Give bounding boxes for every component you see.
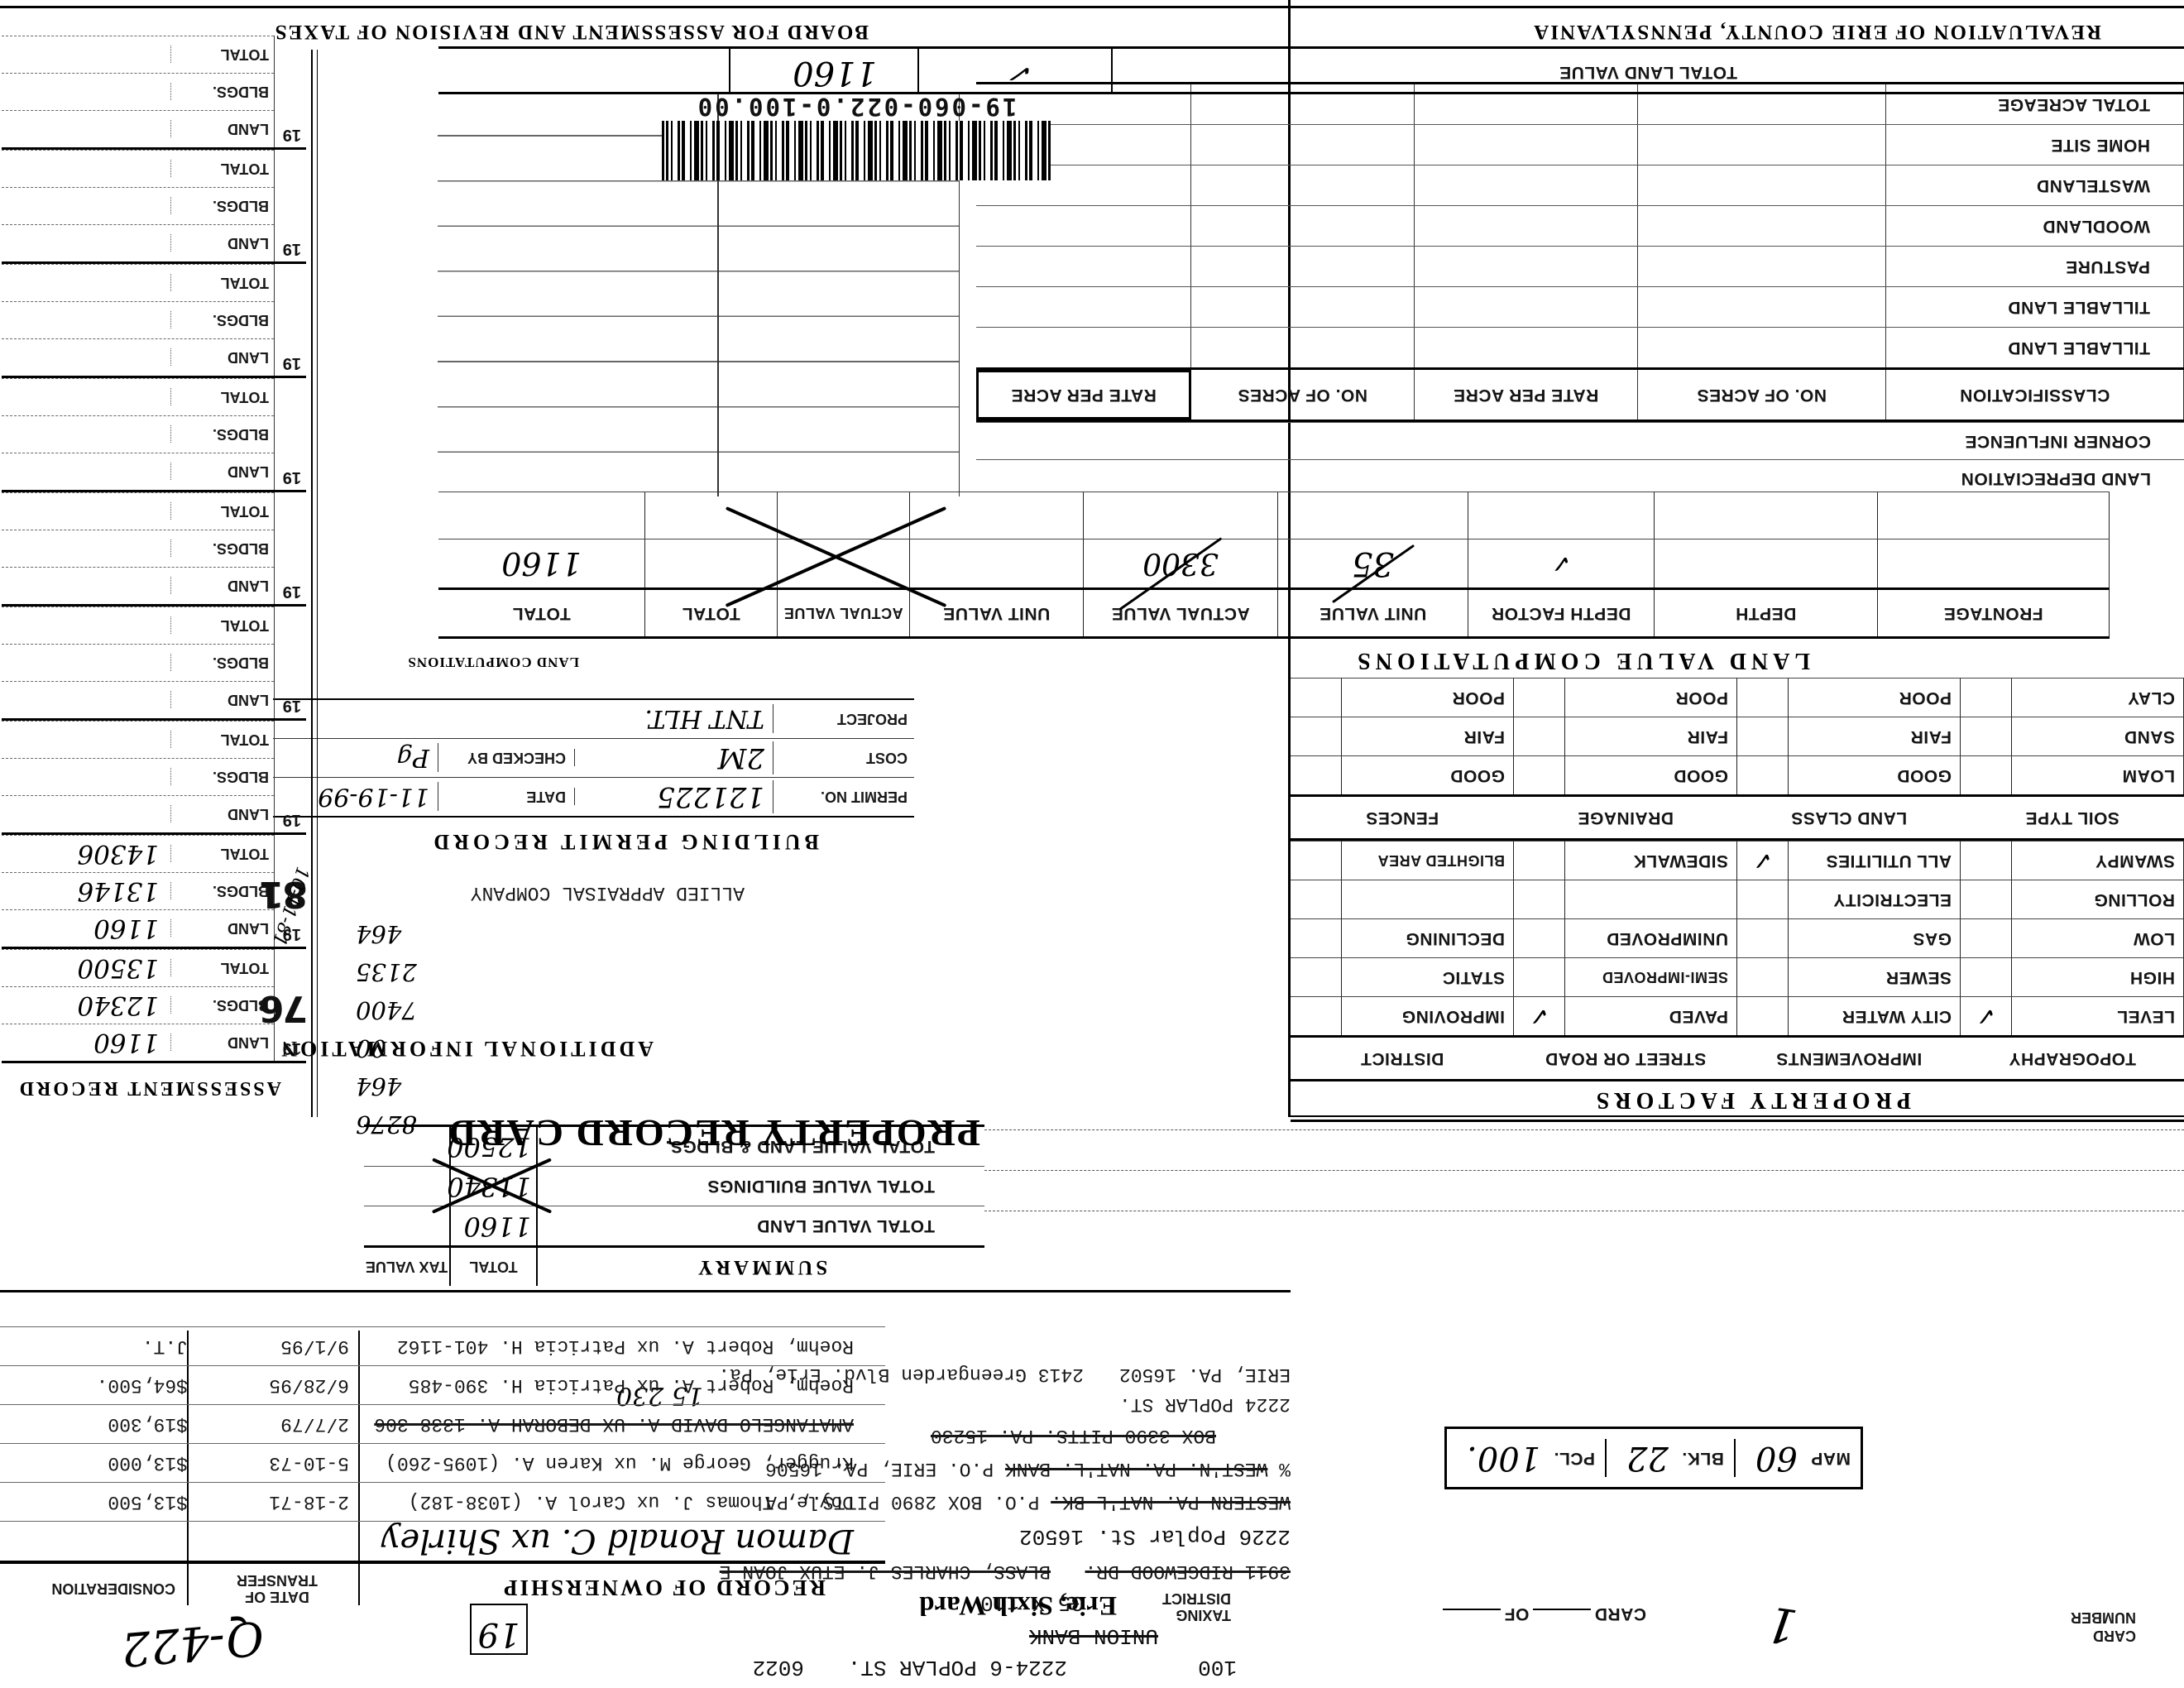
ward-box-value: 19 <box>478 1615 520 1653</box>
owner-name-struck: AMATANGELO DAVID A. UX DEBORAH A. 1338-3… <box>356 1413 885 1435</box>
band-fences: FENCES <box>1366 808 1439 827</box>
taxing-district-label: TAXING DISTRICT <box>1162 1590 1231 1623</box>
bldgs-label: BLDGS. <box>170 997 274 1014</box>
year-prefix: 19 <box>283 239 301 258</box>
band-topography: TOPOGRAPHY <box>2009 1048 2136 1068</box>
col-unit-value-2: UNIT VALUE <box>943 603 1050 623</box>
pf-item: SEMI-IMPROVED <box>1602 969 1728 986</box>
assessment-block-filled: 19 81 10-11-81 LAND1160 BLDGS.13146 TOTA… <box>2 835 306 949</box>
number-label: NUMBER <box>2071 1609 2136 1627</box>
land-label: LAND <box>170 692 274 709</box>
class-row-label: WASTELAND <box>2037 175 2184 195</box>
ownership-title: RECORD OF OWNERSHIP <box>501 1575 826 1600</box>
land-depreciation-label: LAND DEPRECIATION <box>1961 468 2184 488</box>
project-value: TNT HLT. <box>575 705 773 734</box>
consideration-amount: J.T. <box>0 1336 194 1357</box>
total-land-value-label: TOTAL LAND VALUE <box>1559 62 1737 82</box>
rate-per-acre-header: RATE PER ACRE <box>1454 385 1599 405</box>
card-of-card-label: CARD <box>1594 1604 1646 1623</box>
land-label: LAND <box>170 578 274 595</box>
total-label: TOTAL <box>170 846 274 863</box>
year-prefix: 19 <box>283 353 301 372</box>
pf-item: FAIR <box>1463 727 1505 746</box>
assessment-record-title: ASSESSMENT RECORD <box>17 1077 281 1099</box>
year-stamp: 76 <box>261 987 308 1029</box>
land-label: LAND <box>170 235 274 252</box>
year-prefix: 19 <box>283 696 301 715</box>
total-land-value-amount: 1160 <box>793 54 877 92</box>
barcode <box>662 121 1051 180</box>
land-label: LAND <box>170 920 274 938</box>
land-label: LAND <box>170 1034 274 1052</box>
taxing-label-1: TAXING <box>1162 1607 1231 1623</box>
year-prefix: 19 <box>283 582 301 601</box>
ownership-row: Damon Ronald C. ux Shirley <box>0 1521 885 1560</box>
owner-name-handwritten: Damon Ronald C. ux Shirley <box>356 1522 885 1560</box>
account-number: 6022 <box>753 1655 804 1680</box>
pf-item: DECLINING <box>1406 928 1505 948</box>
permit-no-label: PERMIT NO. <box>773 789 914 806</box>
class-row-label: TOTAL ACREAGE <box>1998 94 2183 114</box>
pf-item: ELECTRICITY <box>1833 890 1952 909</box>
total-label: TOTAL <box>170 46 274 64</box>
col-total-2: TOTAL <box>512 603 571 623</box>
rate-per-acre-header-2: RATE PER ACRE <box>1011 385 1157 405</box>
erie-16502: ERIE, PA. 16502 <box>1119 1364 1291 1385</box>
summary-tax-header: TAX VALUE <box>364 1248 451 1286</box>
bldgs-label: BLDGS. <box>170 769 274 786</box>
card-of-of-label: OF <box>1504 1604 1529 1623</box>
bldgs-label: BLDGS. <box>170 540 274 558</box>
classification-header: CLASSIFICATION <box>1960 385 2110 405</box>
pf-item: SAND <box>2124 727 2175 746</box>
assessment-block-empty: 19 LAND BLDGS. TOTAL <box>2 150 306 264</box>
ownership-row: Krugger, George M. ux Karen A. (1095-260… <box>0 1443 885 1482</box>
year-prefix: 19 <box>283 810 301 829</box>
bldgs-label: BLDGS. <box>170 655 274 672</box>
bldgs-value: 12340 <box>2 990 170 1020</box>
pf-item: POOR <box>1899 688 1952 707</box>
bldgs-label: BLDGS. <box>170 312 274 329</box>
card-number-label: CARD NUMBER <box>2071 1609 2136 1645</box>
card-of-line: CARD OF <box>1443 1604 1646 1623</box>
owner-name: Krugger, George M. ux Karen A. (1095-260… <box>356 1452 885 1474</box>
total-value: 13500 <box>2 953 170 983</box>
class-row-label: WOODLAND <box>2043 216 2183 236</box>
zip-16502: 16502 <box>1019 1524 1084 1549</box>
col-actual-value-2: ACTUAL VALUE <box>783 605 903 622</box>
land-value: 1160 <box>2 914 170 943</box>
card-label: CARD <box>2071 1627 2136 1645</box>
land-computations-side-label: LAND COMPUTATIONS <box>407 654 579 670</box>
property-street: 2224-6 POPLAR ST. <box>848 1655 1067 1680</box>
union-bank-struck: UNION BANK <box>1029 1623 1158 1648</box>
pf-item: PAVED <box>1669 1006 1728 1026</box>
date-of-transfer-header: DATE OF TRANSFER <box>207 1572 347 1605</box>
footer-right: BOARD FOR ASSESSMENT AND REVISION OF TAX… <box>274 20 869 43</box>
consideration-amount: $13,500 <box>0 1491 194 1513</box>
col-actual-value: ACTUAL VALUE <box>1111 603 1249 623</box>
project-label: PROJECT <box>773 711 914 728</box>
year-prefix: 19 <box>283 1038 301 1057</box>
summary-continuation-rules <box>984 1127 2184 1251</box>
ownership-row: AMATANGELO DAVID A. UX DEBORAH A. 1338-3… <box>0 1404 885 1443</box>
bldgs-label: BLDGS. <box>170 84 274 101</box>
col-depth: DEPTH <box>1736 603 1797 623</box>
col-depth-factor: DEPTH FACTOR <box>1492 603 1631 623</box>
pf-item: SIDEWALK <box>1633 851 1728 870</box>
hand-number: 2135 <box>356 953 443 991</box>
total-label: TOTAL <box>170 617 274 635</box>
total-land-value-row: TOTAL LAND VALUE ✓ 1160 <box>438 46 2184 94</box>
col-total-1: TOTAL <box>682 603 740 623</box>
transfer-date: 9/1/95 <box>194 1336 356 1357</box>
depth-factor-checkmark: ✓ <box>1550 549 1571 578</box>
col-frontage: FRONTAGE <box>1943 603 2043 623</box>
assessment-block-filled: 19 76 LAND1160 BLDGS.12340 TOTAL13500 <box>2 949 306 1063</box>
hand-number: 464 <box>356 1067 443 1105</box>
class-row-label: TILLABLE LAND <box>2008 297 2183 317</box>
consideration-amount: $64,500. <box>0 1374 194 1396</box>
westn-prefix: % <box>1267 1458 1291 1479</box>
total-value-handwriting: 1160 <box>501 545 582 582</box>
total-land-value-squiggle: ✓ <box>1008 55 1037 92</box>
assessment-block-empty: 19 LAND BLDGS. TOTAL <box>2 607 306 721</box>
corner-influence-label: CORNER INFLUENCE <box>1965 431 2184 451</box>
no-of-acres-header: NO. OF ACRES <box>1697 385 1827 405</box>
script-note: Q-422 <box>119 1610 267 1676</box>
ward-box: 19 <box>470 1604 528 1655</box>
pf-item: STATIC <box>1442 967 1505 987</box>
assessment-block-empty: 19 LAND BLDGS. TOTAL <box>2 492 306 607</box>
land-value-computations-title: LAND VALUE COMPUTATIONS <box>1353 647 1810 674</box>
hand-number: 00 <box>356 1029 443 1067</box>
building-permit-title: BUILDING PERMIT RECORD <box>429 829 819 854</box>
ownership-row: Doyle, Thomas J. ux Carol A. (1038-182) … <box>0 1482 885 1521</box>
footer-left: REVALUATION OF ERIE COUNTY, PENNSYLVANIA <box>1532 20 2101 43</box>
transfer-date: 5-10-73 <box>194 1452 356 1474</box>
summary-total-header: TOTAL <box>451 1248 538 1286</box>
transfer-date: 2-18-71 <box>194 1491 356 1513</box>
owner-name: Doyle, Thomas J. ux Carol A. (1038-182) <box>356 1491 885 1513</box>
pf-checkmark: ✓ <box>1976 1002 1996 1031</box>
bldgs-value: 13146 <box>2 876 170 906</box>
bldgs-label: BLDGS. <box>170 426 274 444</box>
ownership-row: Roehm, Robert A. ux Patricia H. 401-1162… <box>0 1326 885 1365</box>
property-factors-table: TOPOGRAPHY IMPROVEMENTS STREET OR ROAD D… <box>1291 678 2184 1081</box>
pf-item: IMPROVING <box>1401 1006 1505 1026</box>
barcode-number: 19-060-022.0-100.00 <box>662 93 1051 121</box>
summary-row-label: TOTAL VALUE LAND <box>538 1216 984 1236</box>
blk-label: BLK. <box>1672 1448 1734 1468</box>
pf-item: SWAMPY <box>2095 851 2175 870</box>
poplar-2224: 2224 POPLAR ST. <box>1119 1393 1291 1415</box>
pf-item: ALL UTILITIES <box>1826 851 1952 870</box>
date-header-2: TRANSFER <box>207 1572 347 1589</box>
pf-item: POOR <box>1675 688 1728 707</box>
pf-item: CITY WATER <box>1842 1006 1952 1026</box>
bldgs-label: BLDGS. <box>170 883 274 900</box>
year-prefix: 19 <box>283 125 301 144</box>
pf-checkmark: ✓ <box>1529 1002 1549 1031</box>
col-unit-value: UNIT VALUE <box>1319 603 1426 623</box>
hand-number: 464 <box>356 915 443 953</box>
year-prefix: 19 <box>283 468 301 487</box>
ownership-row: Roehm, Robert A. ux Patricia H. 390-485 … <box>0 1365 885 1404</box>
assessment-block-empty: 19 LAND BLDGS. TOTAL <box>2 378 306 492</box>
assessment-block-empty: 19 LAND BLDGS. TOTAL <box>2 264 306 378</box>
land-label: LAND <box>170 349 274 367</box>
assessment-block-empty: 19 LAND BLDGS. TOTAL <box>2 721 306 835</box>
pf-item: FAIR <box>1687 727 1728 746</box>
no-of-acres-header-2: NO. OF ACRES <box>1238 385 1367 405</box>
hand-number: 8276 <box>356 1105 443 1144</box>
land-classification-table: LAND DEPRECIATION CORNER INFLUENCE CLASS… <box>976 82 2184 496</box>
page-title: PROPERTY RECORD CARD <box>447 1111 980 1155</box>
westn-struck: WEST'N. PA. NAT'L. BANK <box>1005 1458 1267 1479</box>
total-label: TOTAL <box>170 731 274 749</box>
pf-item: HIGH <box>2130 967 2176 987</box>
land-computations-table: FRONTAGE DEPTH DEPTH FACTOR UNIT VALUE A… <box>438 492 2110 639</box>
consideration-header: CONSIDERATION <box>51 1580 175 1597</box>
bldgs-label: BLDGS. <box>170 198 274 215</box>
pf-item: BLIGHTED AREA <box>1377 852 1505 870</box>
pf-item: LOW <box>2134 928 2175 948</box>
summary-row-label: TOTAL VALUE BUILDINGS <box>538 1177 984 1196</box>
summary-header: SUMMARY <box>538 1255 984 1278</box>
consideration-amount: $13,000 <box>0 1452 194 1474</box>
band-street-or-road: STREET OR ROAD <box>1545 1048 1707 1068</box>
land-label: LAND <box>170 121 274 138</box>
total-label: TOTAL <box>170 275 274 292</box>
pf-item: UNIMPROVED <box>1607 928 1728 948</box>
map-blk-pcl-strip: MAP 60 BLK. 22 PCL. 100. <box>1444 1427 1863 1489</box>
pf-item: GAS <box>1913 928 1952 948</box>
building-permit-table: PERMIT NO. 121225 DATE 11-19-99 COST 2M … <box>273 698 914 818</box>
transfer-date: 6/28/95 <box>194 1374 356 1396</box>
pf-item: GOOD <box>1897 765 1952 785</box>
total-label: TOTAL <box>170 389 274 406</box>
pcl-label: PCL. <box>1544 1448 1605 1468</box>
total-value: 14306 <box>2 839 170 869</box>
box-3390-struck: BOX 3390 PITTS. PA. 15230 <box>931 1425 1216 1446</box>
cost-label: COST <box>773 750 914 767</box>
band-soil-type: SOIL TYPE <box>2025 808 2119 827</box>
western-bank-struck: WESTERN PA. NAT'L BK. <box>1051 1491 1291 1513</box>
pf-item: POOR <box>1452 688 1505 707</box>
class-row-label: PASTURE <box>2066 257 2183 276</box>
map-label: MAP <box>1801 1448 1861 1468</box>
pf-item: SEWER <box>1885 967 1952 987</box>
parcel-number-left: 100 <box>1198 1655 1237 1680</box>
class-row-label: HOME SITE <box>2051 135 2183 155</box>
poplar-2226: 2226 Poplar St. <box>1097 1524 1291 1549</box>
pf-item: LEVEL <box>2117 1006 2175 1026</box>
blk-value: 22 <box>1605 1439 1672 1477</box>
pf-checkmark: ✓ <box>1752 846 1773 875</box>
appraisal-company: ALLIED APPRAISAL COMPANY <box>471 882 745 904</box>
land-label: LAND <box>170 463 274 481</box>
pcl-value: 100. <box>1447 1439 1544 1477</box>
hand-number: 7400 <box>356 991 443 1029</box>
pf-item: GOOD <box>1450 765 1505 785</box>
map-value: 60 <box>1734 1439 1801 1477</box>
owner-name: Roehm, Robert A. ux Patricia H. 390-485 <box>356 1374 885 1396</box>
date-header-1: DATE OF <box>207 1589 347 1605</box>
actual-value-handwriting: 3300 <box>1142 547 1219 581</box>
pf-item: LOAM <box>2122 765 2175 785</box>
land-label: LAND <box>170 806 274 823</box>
total-label: TOTAL <box>170 161 274 178</box>
landcomp-crossout-x <box>728 513 943 604</box>
pf-item: GOOD <box>1674 765 1728 785</box>
property-record-card: CARD NUMBER 1 CARD OF TAXING DISTRICT Er… <box>0 0 2184 1688</box>
ridgewood-struck: 3911 RIDGEWOOD DR. <box>1085 1561 1291 1582</box>
land-value: 1160 <box>2 1028 170 1057</box>
consideration-amount: $19,300 <box>0 1413 194 1435</box>
permit-no-value: 121225 <box>575 780 773 813</box>
date-label: DATE <box>438 789 575 806</box>
handwritten-number-column: 8276 464 00 7400 2135 464 <box>356 915 443 1144</box>
cost-value: 2M <box>575 741 773 774</box>
band-district: DISTRICT <box>1361 1048 1444 1068</box>
pf-item: FAIR <box>1910 727 1952 746</box>
checked-by-label: CHECKED BY <box>438 750 575 767</box>
transfer-date: 2/7/79 <box>194 1413 356 1435</box>
total-label: TOTAL <box>170 503 274 520</box>
owner-name: Roehm, Robert A. ux Patricia H. 401-1162 <box>356 1336 885 1357</box>
pf-item: ROLLING <box>2094 890 2175 909</box>
band-land-class: LAND CLASS <box>1791 808 1907 827</box>
property-factors-title: PROPERTY FACTORS <box>1592 1086 1911 1113</box>
ownership-rows: Damon Ronald C. ux Shirley Doyle, Thomas… <box>0 1326 885 1560</box>
additional-info-title: ADDITIONAL INFORMATION <box>278 1036 654 1061</box>
band-improvements: IMPROVEMENTS <box>1776 1048 1922 1068</box>
scanned-document: CARD NUMBER 1 CARD OF TAXING DISTRICT Er… <box>0 0 2184 1688</box>
card-slash-handwriting: 1 <box>1763 1595 1801 1655</box>
total-label: TOTAL <box>170 960 274 977</box>
taxing-label-2: DISTRICT <box>1162 1590 1231 1607</box>
lot-size: 35 X 110 <box>980 1590 1084 1615</box>
assessment-block-empty: 19 LAND BLDGS. TOTAL <box>2 36 306 150</box>
assessment-blocks: 19 76 LAND1160 BLDGS.12340 TOTAL13500 19… <box>2 36 306 1063</box>
pf-item: CLAY <box>2128 688 2175 707</box>
class-row-label: TILLABLE LAND <box>2008 338 2183 357</box>
band-drainage: DRAINAGE <box>1578 808 1674 827</box>
